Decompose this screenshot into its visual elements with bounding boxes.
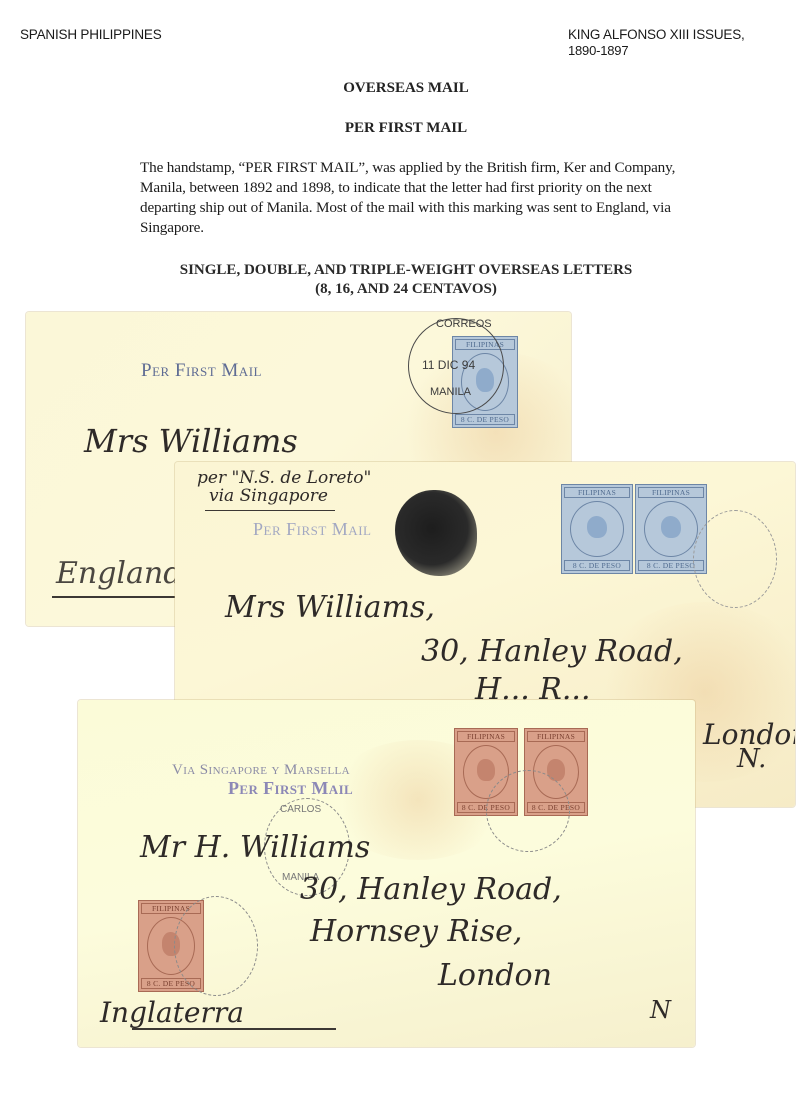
obliterator-blot xyxy=(395,490,477,576)
address-line-4: N. xyxy=(737,744,766,774)
portrait-icon xyxy=(587,516,608,539)
destination-handwriting: Inglaterra xyxy=(100,996,244,1029)
destination-handwriting: England xyxy=(56,556,182,591)
exhibit-subtitle: SINGLE, DOUBLE, AND TRIPLE-WEIGHT OVERSE… xyxy=(0,261,812,299)
address-line-4: N xyxy=(650,996,671,1024)
postmark-circle xyxy=(174,896,258,996)
page-header-right: KING ALFONSO XIII ISSUES, 1890-1897 xyxy=(568,27,745,59)
portrait-icon xyxy=(477,759,495,781)
header-series: KING ALFONSO XIII ISSUES, xyxy=(568,27,745,42)
per-first-mail-handstamp: Per First Mail xyxy=(228,778,353,799)
stamp-country: FILIPINAS xyxy=(457,731,515,742)
stamp-oval-frame xyxy=(644,501,698,557)
route-handwriting-via: via Singapore xyxy=(209,486,328,506)
postmark-date: 11 DIC 94 xyxy=(422,358,475,372)
cover-3-triple-weight: Via Singapore y Marsella Per First Mail … xyxy=(78,700,695,1047)
header-years: 1890-1897 xyxy=(568,43,745,59)
page-header-left: SPANISH PHILIPPINES xyxy=(20,27,162,42)
address-line-2: Hornsey Rise, xyxy=(310,914,522,949)
postmark-circle xyxy=(693,510,777,608)
subtitle-line-2: (8, 16, AND 24 CENTAVOS) xyxy=(0,280,812,299)
underline xyxy=(132,1028,336,1030)
portrait-icon xyxy=(661,516,682,539)
stamp-value: 8 C. DE PESO xyxy=(455,414,515,425)
postmark-top: CORREOS xyxy=(436,318,492,330)
stamp-value: 8 C. DE PESO xyxy=(564,560,630,571)
per-first-mail-handstamp: Per First Mail xyxy=(253,519,371,540)
addressee-handwriting: Mrs Williams xyxy=(84,422,298,460)
addressee-handwriting: Mrs Williams, xyxy=(225,590,435,625)
underline xyxy=(52,596,182,598)
stamp-8c-blue: FILIPINAS 8 C. DE PESO xyxy=(561,484,633,574)
underline xyxy=(205,510,335,511)
route-handwriting-ship: per "N.S. de Loreto" xyxy=(197,468,371,488)
via-singapore-handstamp: Via Singapore y Marsella xyxy=(172,762,350,779)
addressee-handwriting: Mr H. Williams xyxy=(140,830,370,865)
stamp-country: FILIPINAS xyxy=(527,731,585,742)
subtitle-line-1: SINGLE, DOUBLE, AND TRIPLE-WEIGHT OVERSE… xyxy=(0,261,812,280)
address-line-1: 30, Hanley Road, xyxy=(421,634,683,669)
section-title: OVERSEAS MAIL xyxy=(0,80,812,97)
postmark-circle xyxy=(486,770,570,852)
address-line-1: 30, Hanley Road, xyxy=(300,872,562,907)
postmark-bottom: MANILA xyxy=(430,386,471,398)
stamp-country: FILIPINAS xyxy=(638,487,704,498)
topic-title: PER FIRST MAIL xyxy=(0,120,812,137)
description-paragraph: The handstamp, “PER FIRST MAIL”, was app… xyxy=(140,158,680,238)
stamp-oval-frame xyxy=(570,501,624,557)
address-line-3: London xyxy=(438,958,552,993)
postmark-top: CARLOS xyxy=(280,804,321,815)
per-first-mail-handstamp: Per First Mail xyxy=(141,360,262,382)
stamp-country: FILIPINAS xyxy=(564,487,630,498)
